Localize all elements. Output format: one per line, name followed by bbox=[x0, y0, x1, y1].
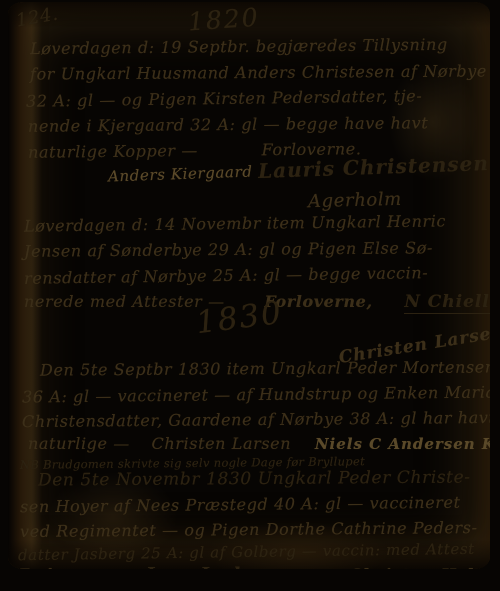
entry3-line1: Den 5te Septbr 1830 item Ungkarl Peder M… bbox=[40, 357, 490, 379]
entry3-inline-signature-christen-larsen: Christen Larsen bbox=[152, 434, 292, 453]
entry3-line3: Christensdatter, Gaardene af Nørbye 38 A… bbox=[22, 408, 490, 431]
entry1-signature-agerholm: Agerholm bbox=[308, 189, 402, 212]
entry4-line4: datter Jasberg 25 A: gl af Golberg — vac… bbox=[18, 540, 475, 564]
register-page: 124. 1820 Løverdagen d: 19 Septbr. begjæ… bbox=[8, 2, 490, 569]
entry1-line3: 32 A: gl — og Pigen Kirsten Pedersdatter… bbox=[26, 86, 423, 111]
entry2-line2: Jensen af Sønderbye 29 A: gl og Pigen El… bbox=[24, 238, 433, 261]
page-number: 124. bbox=[14, 3, 59, 31]
entry3-line4: naturlige — Christen Larsen Niels C Ande… bbox=[28, 434, 490, 453]
year-heading-1820: 1820 bbox=[187, 3, 260, 37]
entry3-line4-text: naturlige — bbox=[28, 434, 130, 453]
entry2-signature-n-chielland: N Chielland bbox=[404, 292, 490, 314]
entry4-line3: ved Regimentet — og Pigen Dorthe Cathrin… bbox=[20, 518, 478, 541]
entry4-forloverne-label: Forloverne. bbox=[18, 565, 118, 569]
entry2-line1: Løverdagen d: 14 Novembr item Ungkarl He… bbox=[24, 211, 446, 235]
entry4-line1: Den 5te Novembr 1830 Ungkarl Peder Chris… bbox=[38, 467, 471, 490]
entry4-line2: sen Hoyer af Nees Præstegd 40 A: gl — va… bbox=[20, 493, 461, 517]
entry4-signature-jens-jasberg: Jens Jasberg bbox=[146, 564, 284, 569]
entry1-line5-text: naturlige Kopper — bbox=[28, 141, 198, 162]
entry1-line2: for Ungkarl Huusmand Anders Christesen a… bbox=[30, 61, 487, 83]
entry3-inline-signature-niels-andersen: Niels C Andersen Klov bbox=[315, 435, 490, 453]
entry4-signature-row: Forloverne. Jens Jasberg Christen Hyldga… bbox=[18, 564, 490, 569]
scanned-register-photo: 124. 1820 Løverdagen d: 19 Septbr. begjæ… bbox=[0, 0, 500, 591]
entry1-signature-anders-kiergaard: Anders Kiergaard bbox=[108, 162, 253, 185]
entry1-line1: Løverdagen d: 19 Septbr. begjæredes Till… bbox=[30, 35, 448, 58]
entry2-line3: rensdatter af Nørbye 25 A: gl — begge va… bbox=[24, 263, 428, 288]
entry4-signature-christen-hyldgaard: Christen Hyldgaard bbox=[349, 565, 490, 569]
entry3-line2: 36 A: gl — vaccineret — af Hundstrup og … bbox=[22, 383, 490, 407]
entry1-line4: nende i Kjergaard 32 A: gl — begge have … bbox=[28, 113, 428, 135]
